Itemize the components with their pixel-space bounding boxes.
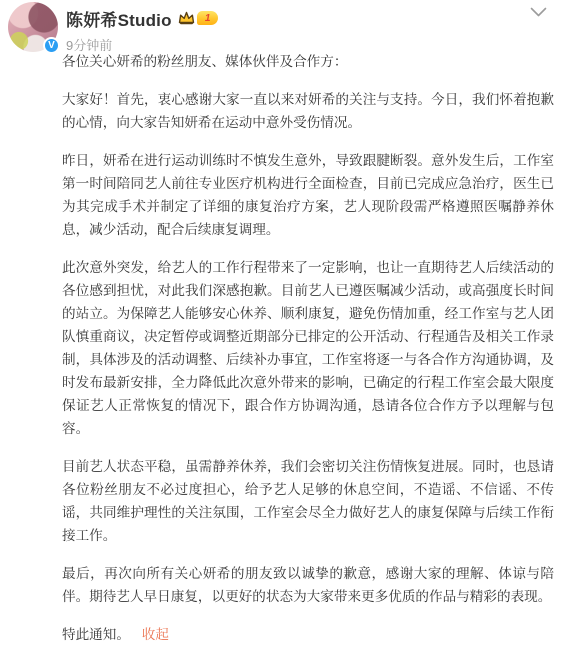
collapse-link[interactable]: 收起 bbox=[142, 627, 169, 642]
post-content: 各位关心妍希的粉丝朋友、媒体伙伴及合作方： 大家好！首先，衷心感谢大家一直以来对… bbox=[62, 50, 554, 646]
paragraph-apology: 最后，再次向所有关心妍希的朋友致以诚挚的歉意，感谢大家的理解、体谅与陪伴。期待艺… bbox=[62, 562, 554, 608]
paragraph-intro: 大家好！首先，衷心感谢大家一直以来对妍希的关注与支持。今日，我们怀着抱歉的心情，… bbox=[62, 88, 554, 134]
vip-level-badge[interactable]: 1 bbox=[197, 11, 218, 25]
closing-text: 特此通知。 bbox=[62, 627, 130, 642]
vip-crown-icon[interactable] bbox=[178, 11, 195, 25]
chevron-down-icon[interactable] bbox=[528, 4, 548, 20]
closing-line: 特此通知。 收起 bbox=[62, 623, 554, 646]
header-main: 陈妍希Studio 1 9分钟前 bbox=[66, 8, 218, 54]
name-row: 陈妍希Studio 1 bbox=[66, 8, 218, 28]
paragraph-injury-details: 昨日，妍希在进行运动训练时不慎发生意外，导致跟腱断裂。意外发生后，工作室第一时间… bbox=[62, 149, 554, 241]
paragraph-schedule-adjustment: 此次意外突发，给艺人的工作行程带来了一定影响，也让一直期待艺人后续活动的各位感到… bbox=[62, 256, 554, 440]
weibo-post: V 陈妍希Studio 1 9分钟前 各位关心妍希的粉丝朋友、媒体伙伴及 bbox=[0, 0, 562, 664]
avatar[interactable]: V bbox=[8, 2, 58, 52]
username[interactable]: 陈妍希Studio bbox=[66, 6, 172, 31]
paragraph-fan-reassurance: 目前艺人状态平稳，虽需静养休养，我们会密切关注伤情恢复进展。同时，也恳请各位粉丝… bbox=[62, 455, 554, 547]
paragraph-salutation: 各位关心妍希的粉丝朋友、媒体伙伴及合作方： bbox=[62, 50, 554, 73]
post-header: V 陈妍希Studio 1 9分钟前 bbox=[0, 0, 562, 54]
verified-badge-icon: V bbox=[43, 37, 60, 54]
